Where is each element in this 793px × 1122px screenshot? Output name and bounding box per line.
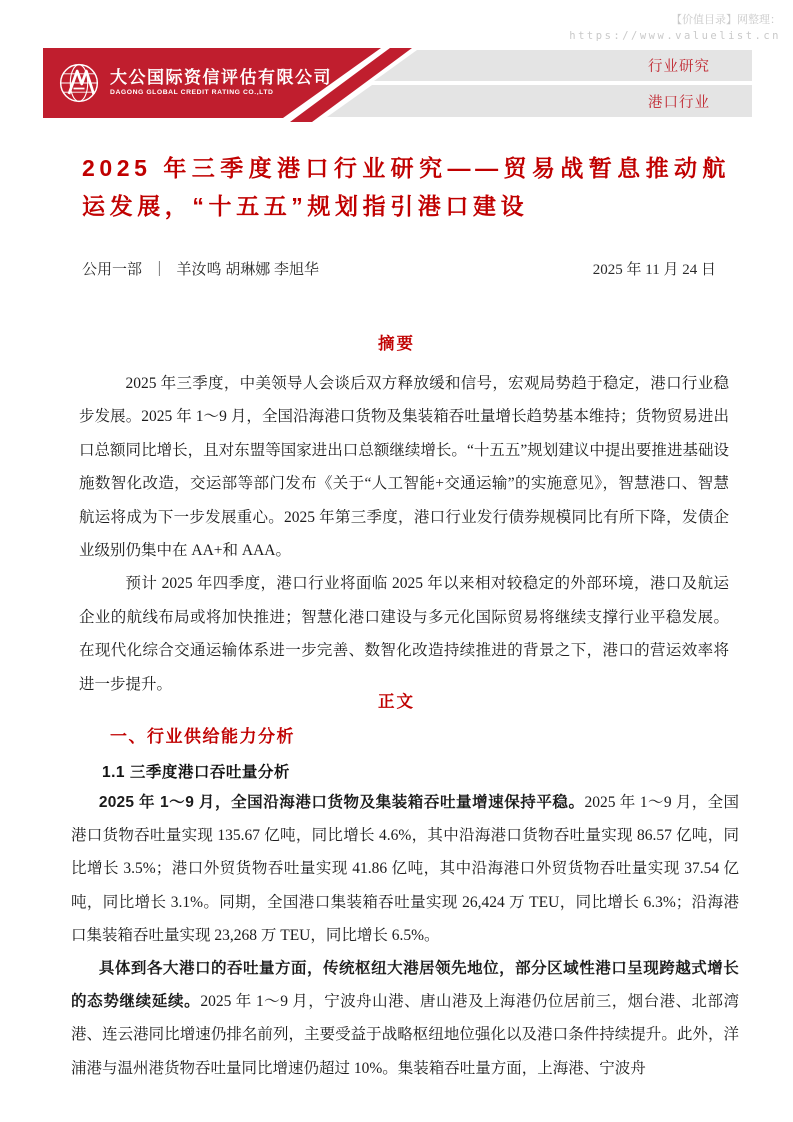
byline-authors-group: 公用一部 ｜ 羊汝鸣 胡琳娜 李旭华 — [82, 258, 325, 279]
body-section: 2025 年 1～9 月，全国沿海港口货物及集装箱吞吐量增速保持平稳。2025 … — [71, 786, 739, 1085]
abstract-heading: 摘要 — [0, 330, 793, 354]
subsection-heading: 1.1 三季度港口吞吐量分析 — [102, 760, 290, 782]
publish-date: 2025 年 11 月 24 日 — [593, 258, 716, 279]
byline-authors: 羊汝鸣 胡琳娜 李旭华 — [177, 262, 320, 278]
abstract-paragraph: 预计 2025 年四季度，港口行业将面临 2025 年以来相对较稳定的外部环境，… — [79, 567, 729, 701]
body-heading: 正文 — [0, 688, 793, 712]
section-heading: 一、行业供给能力分析 — [110, 722, 295, 747]
body-paragraph: 2025 年 1～9 月，全国沿海港口货物及集装箱吞吐量增速保持平稳。2025 … — [71, 786, 739, 952]
watermark-source: 【价值目录】网整理： — [569, 12, 781, 28]
byline-department: 公用一部 — [82, 262, 142, 278]
abstract-paragraph: 2025 年三季度，中美领导人会谈后双方释放缓和信号，宏观局势趋于稳定，港口行业… — [79, 367, 729, 567]
watermark: 【价值目录】网整理： https://www.valuelist.cn — [569, 12, 781, 44]
company-logo: 大公国际资信评估有限公司 DAGONG GLOBAL CREDIT RATING… — [57, 61, 332, 105]
tag-port-industry: 港口行业 — [648, 85, 710, 117]
report-page: { "watermark": { "line1": "【价值目录】网整理：", … — [0, 0, 793, 1122]
paragraph-lead: 2025 年 1～9 月，全国沿海港口货物及集装箱吞吐量增速保持平稳。 — [99, 794, 585, 811]
body-paragraph: 具体到各大港口的吞吐量方面，传统枢纽大港居领先地位，部分区域性港口呈现跨越式增长… — [71, 952, 739, 1085]
abstract-section: 2025 年三季度，中美领导人会谈后双方释放缓和信号，宏观局势趋于稳定，港口行业… — [79, 367, 729, 701]
paragraph-rest: 2025 年 1～9 月，全国港口货物吞吐量实现 135.67 亿吨，同比增长 … — [71, 794, 739, 944]
globe-monogram-icon — [57, 61, 101, 105]
byline: 公用一部 ｜ 羊汝鸣 胡琳娜 李旭华 2025 年 11 月 24 日 — [82, 258, 716, 279]
company-name-en: DAGONG GLOBAL CREDIT RATING CO.,LTD — [110, 88, 332, 98]
brand-banner: 大公国际资信评估有限公司 DAGONG GLOBAL CREDIT RATING… — [43, 48, 392, 118]
watermark-url: https://www.valuelist.cn — [569, 28, 781, 44]
company-name-cn: 大公国际资信评估有限公司 — [110, 68, 332, 88]
tag-industry-research: 行业研究 — [648, 50, 710, 81]
page-title: 2025 年三季度港口行业研究——贸易战暂息推动航运发展，“十五五”规划指引港口… — [82, 149, 730, 225]
byline-separator: ｜ — [152, 262, 167, 278]
